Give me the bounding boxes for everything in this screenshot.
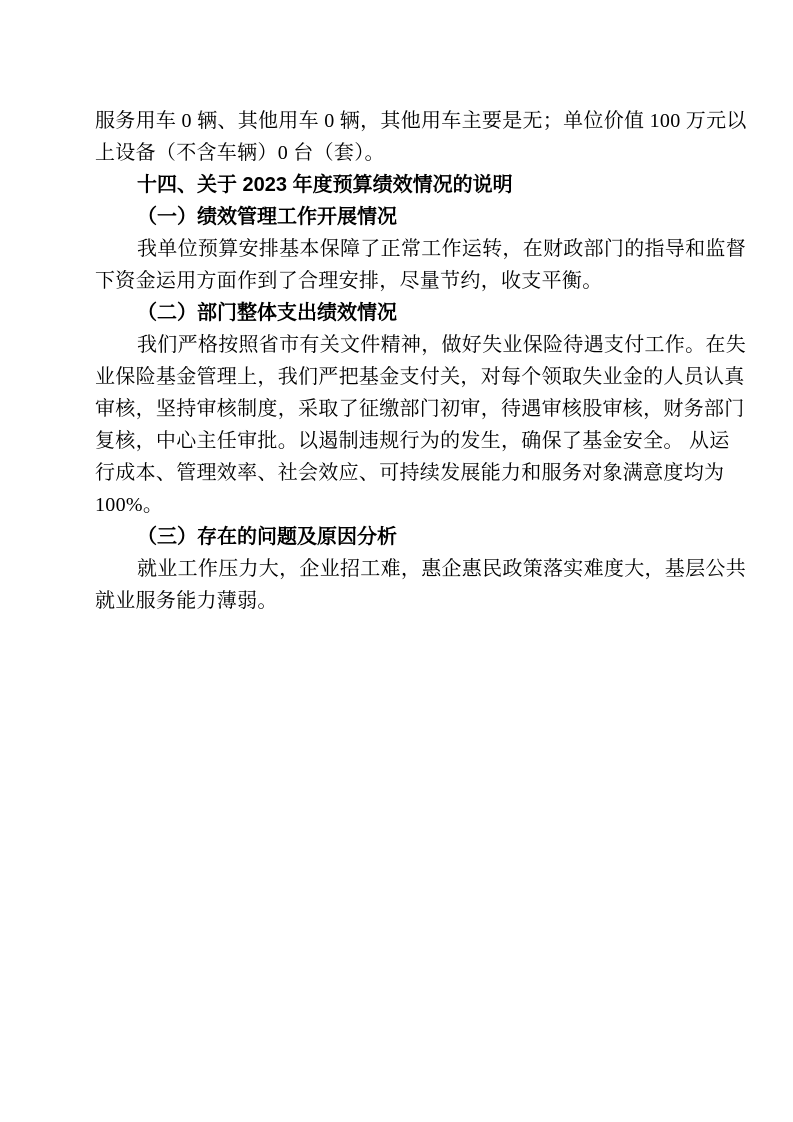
- para-budget-guarantee-line-1: 我单位预算安排基本保障了正常工作运转，在财政部门的指导和监督: [95, 233, 701, 265]
- document-page: 服务用车 0 辆、其他用车 0 辆，其他用车主要是无；单位价值 100 万元以 …: [0, 0, 793, 1122]
- para-vehicles-line-1: 服务用车 0 辆、其他用车 0 辆，其他用车主要是无；单位价值 100 万元以: [95, 105, 701, 137]
- subheading-overall-expenditure: （二）部门整体支出绩效情况: [95, 297, 701, 329]
- para-employment-line-1: 就业工作压力大，企业招工难，惠企惠民政策落实难度大，基层公共: [95, 553, 701, 585]
- text-block: 服务用车 0 辆、其他用车 0 辆，其他用车主要是无；单位价值 100 万元以 …: [95, 105, 701, 617]
- para-insurance-line-1: 我们严格按照省市有关文件精神，做好失业保险待遇支付工作。在失: [95, 329, 701, 361]
- para-vehicles-line-2: 上设备（不含车辆）0 台（套）。: [95, 137, 701, 169]
- subheading-performance-management: （一）绩效管理工作开展情况: [95, 201, 701, 233]
- para-insurance-line-4: 复核，中心主任审批。以遏制违规行为的发生，确保了基金安全。 从运: [95, 425, 701, 457]
- para-insurance-line-3: 审核，坚持审核制度，采取了征缴部门初审，待遇审核股审核，财务部门: [95, 393, 701, 425]
- para-budget-guarantee-line-2: 下资金运用方面作到了合理安排，尽量节约，收支平衡。: [95, 265, 701, 297]
- para-insurance-line-2: 业保险基金管理上，我们严把基金支付关，对每个领取失业金的人员认真: [95, 361, 701, 393]
- subheading-problems-analysis: （三）存在的问题及原因分析: [95, 521, 701, 553]
- para-insurance-line-6: 100%。: [95, 489, 701, 521]
- para-employment-line-2: 就业服务能力薄弱。: [95, 585, 701, 617]
- section-14-heading: 十四、关于 2023 年度预算绩效情况的说明: [95, 169, 701, 201]
- para-insurance-line-5: 行成本、管理效率、社会效应、可持续发展能力和服务对象满意度均为: [95, 457, 701, 489]
